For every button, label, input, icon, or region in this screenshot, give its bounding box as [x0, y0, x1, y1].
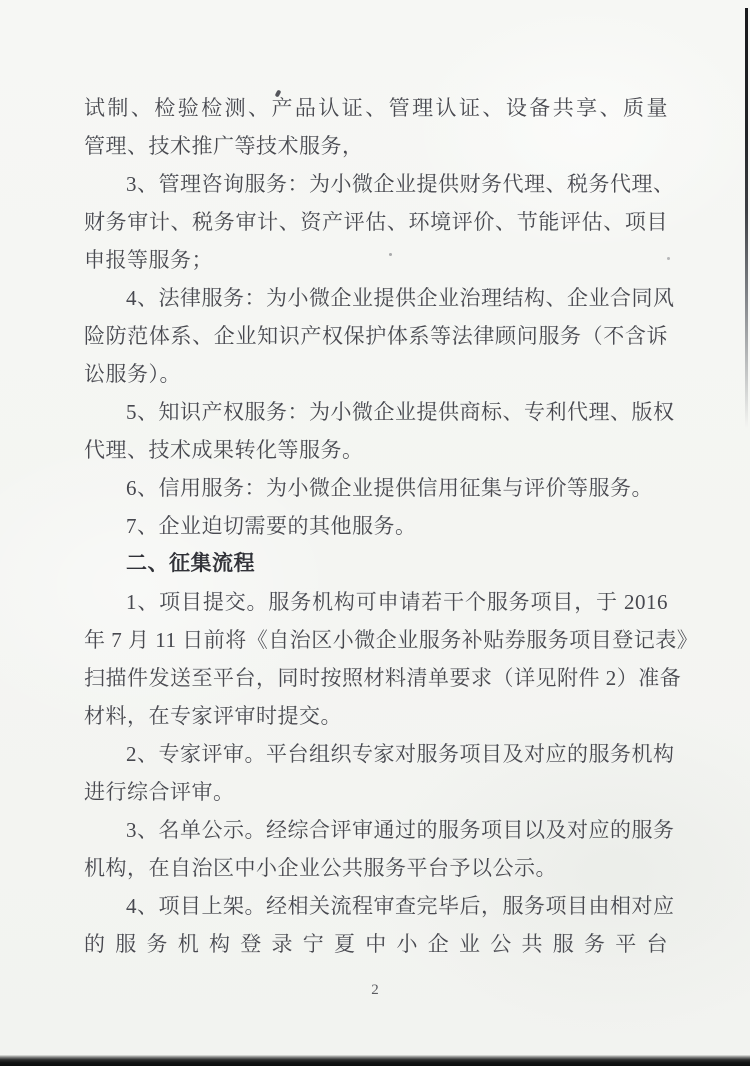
page-number: 2	[0, 982, 750, 999]
text-line: 险防范体系、企业知识产权保护体系等法律顾问服务（不含诉	[84, 317, 668, 355]
text-line: 申报等服务；	[84, 241, 668, 279]
scan-speckle	[667, 257, 670, 260]
scanned-document-page: 试制、检验检测、产品认证、管理认证、设备共享、质量 管理、技术推广等技术服务， …	[0, 0, 750, 1066]
text-line: 材料，在专家评审时提交。	[84, 697, 668, 735]
text-line: 的服务机构登录宁夏中小企业公共服务平台	[84, 925, 668, 963]
scan-speckle	[389, 253, 392, 256]
text-line: 代理、技术成果转化等服务。	[84, 431, 668, 469]
text-line: 3、管理咨询服务：为小微企业提供财务代理、税务代理、	[84, 165, 668, 203]
text-line: 财务审计、税务审计、资产评估、环境评价、节能评估、项目	[84, 203, 668, 241]
scan-edge-bottom-artifact	[0, 1055, 750, 1066]
text-line: 1、项目提交。服务机构可申请若干个服务项目，于 2016	[84, 583, 668, 621]
text-line: 管理、技术推广等技术服务，	[84, 127, 668, 165]
document-body: 试制、检验检测、产品认证、管理认证、设备共享、质量 管理、技术推广等技术服务， …	[84, 89, 668, 963]
text-line: 3、名单公示。经综合评审通过的服务项目以及对应的服务	[84, 811, 668, 849]
text-line: 试制、检验检测、产品认证、管理认证、设备共享、质量	[84, 89, 668, 127]
text-line: 讼服务）。	[84, 355, 668, 393]
section-heading: 二、征集流程	[84, 545, 668, 583]
text-line: 5、知识产权服务：为小微企业提供商标、专利代理、版权	[84, 393, 668, 431]
text-line: 4、项目上架。经相关流程审查完毕后，服务项目由相对应	[84, 887, 668, 925]
text-line: 4、法律服务：为小微企业提供企业治理结构、企业合同风	[84, 279, 668, 317]
text-line: 扫描件发送至平台，同时按照材料清单要求（详见附件 2）准备	[84, 659, 668, 697]
scan-edge-right-artifact	[745, 8, 748, 428]
text-line: 2、专家评审。平台组织专家对服务项目及对应的服务机构	[84, 735, 668, 773]
text-line: 年 7 月 11 日前将《自治区小微企业服务补贴券服务项目登记表》	[84, 621, 668, 659]
text-line: 进行综合评审。	[84, 773, 668, 811]
text-line: 机构，在自治区中小企业公共服务平台予以公示。	[84, 849, 668, 887]
text-line: 7、企业迫切需要的其他服务。	[84, 507, 668, 545]
text-line: 6、信用服务：为小微企业提供信用征集与评价等服务。	[84, 469, 668, 507]
